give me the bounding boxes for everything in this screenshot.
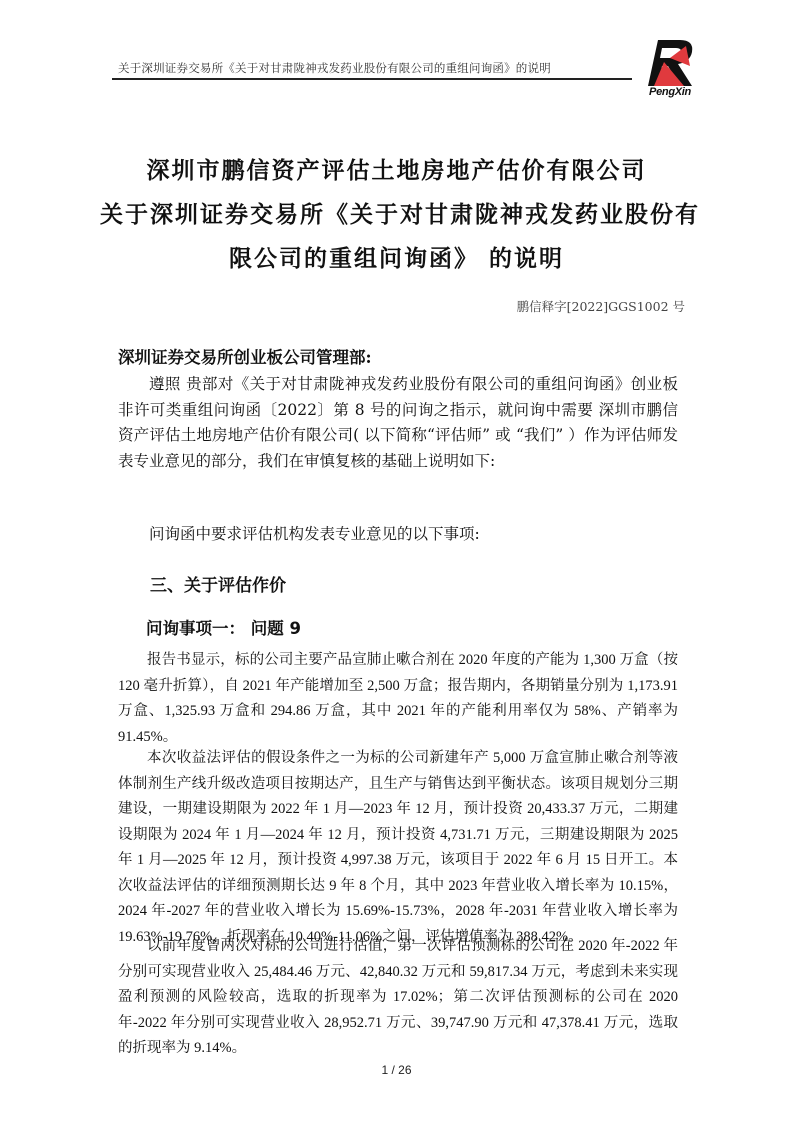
intro-paragraph: 遵照 贵部对《关于对甘肃陇神戎发药业股份有限公司的重组问询函》创业板非许可类重组… <box>118 372 678 474</box>
running-header-title: 关于深圳证券交易所《关于对甘肃陇神戎发药业股份有限公司的重组问询函》的说明 <box>118 60 551 76</box>
header-rule <box>112 78 632 80</box>
section-heading: 三、关于评估作价 <box>150 571 286 596</box>
title-line-2: 关于深圳证券交易所《关于对甘肃陇神戎发药业股份有 <box>100 196 693 229</box>
logo-r-icon <box>640 36 700 88</box>
body-paragraph-1: 报告书显示，标的公司主要产品宣肺止嗽合剂在 2020 年度的产能为 1,300 … <box>118 648 678 750</box>
logo-wordmark: PengXin <box>640 86 700 98</box>
title-line-1: 深圳市鹏信资产评估土地房地产估价有限公司 <box>100 152 693 185</box>
lead-paragraph: 问询函中要求评估机构发表专业意见的以下事项: <box>118 522 678 548</box>
pengxin-logo: PengXin <box>640 36 700 100</box>
question-heading: 问询事项一： 问题 9 <box>146 615 301 639</box>
running-header: 关于深圳证券交易所《关于对甘肃陇神戎发药业股份有限公司的重组问询函》的说明 <box>112 56 632 80</box>
title-line-3: 限公司的重组问询函》 的说明 <box>100 240 693 273</box>
body-paragraph-2: 本次收益法评估的假设条件之一为标的公司新建年产 5,000 万盒宣肺止嗽合剂等液… <box>118 746 678 950</box>
body-paragraph-3: 以前年度曾两次对标的公司进行估值，第一次评估预测标的公司在 2020 年-202… <box>118 934 678 1062</box>
page-indicator: 1 / 26 <box>0 1063 793 1077</box>
document-number: 鹏信释字[2022]GGS1002 号 <box>517 297 685 315</box>
addressee: 深圳证券交易所创业板公司管理部: <box>118 344 372 368</box>
